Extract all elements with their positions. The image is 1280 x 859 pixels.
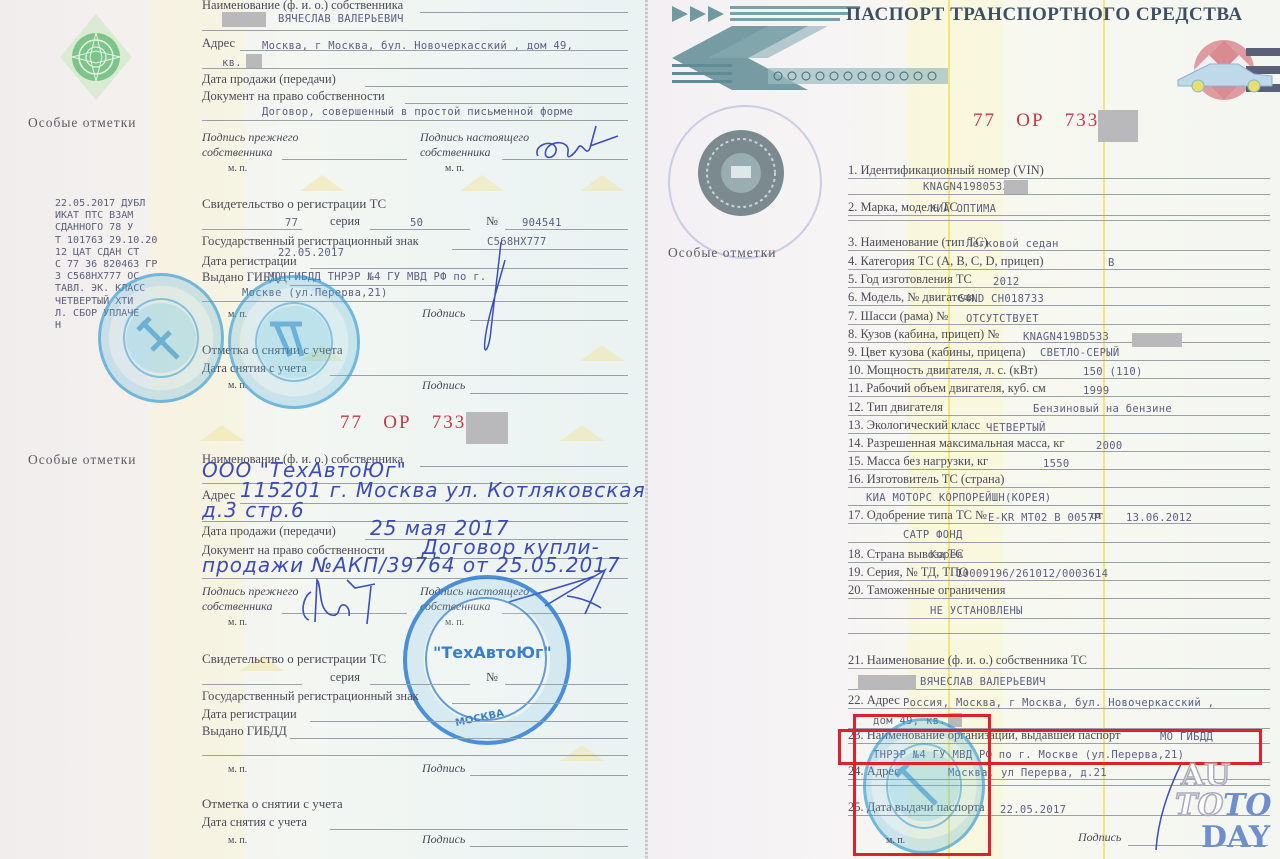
signature-label: Подпись — [422, 832, 465, 847]
current-owner-signature — [530, 118, 620, 173]
field-line — [365, 86, 628, 87]
field-extra-value: 13.06.2012 — [1126, 512, 1192, 524]
sale-date-label-2: Дата продажи (передачи) — [202, 524, 336, 539]
field-line — [202, 30, 628, 31]
field-value: 22.05.2017 — [1000, 804, 1066, 816]
field-line — [240, 50, 628, 51]
field-label: 1. Идентификационный номер (VIN) — [848, 163, 1044, 178]
field-value: НЕ УСТАНОВЛЕНЫ — [930, 605, 1023, 617]
passport-serial: 77 ОР 733 — [973, 110, 1099, 132]
field-value: Корея — [930, 549, 963, 561]
stamp-company-name: "ТехАвтоЮг" — [433, 643, 552, 662]
series-label-2: серия — [330, 670, 360, 685]
reg-cert-number: 904541 — [522, 217, 562, 229]
field-value: KNAGN419BD533 — [1023, 331, 1109, 343]
series-label: серия — [330, 214, 360, 229]
field-label: 12. Тип двигателя — [848, 400, 943, 415]
field-label: 7. Шасси (рама) № — [848, 309, 948, 324]
field-label: 19. Серия, № ТД, ТПО — [848, 565, 968, 580]
field-value: 2012 — [993, 276, 1020, 288]
reg-cert-label-2: Свидетельство о регистрации ТС — [202, 651, 386, 667]
signature-line — [470, 775, 628, 776]
redacted-vin — [1004, 180, 1028, 194]
field-line — [848, 396, 1270, 397]
field-label: 22. Адрес — [848, 693, 900, 708]
field-line — [848, 178, 1270, 179]
special-marks-label: Особые отметки — [668, 245, 777, 261]
redacted-surname — [858, 675, 916, 690]
field-line — [848, 250, 1270, 251]
special-marks-label-2: Особые отметки — [28, 452, 137, 468]
field-value: Бензиновый на бензине — [1033, 403, 1172, 415]
cur-owner-sig-label-2: собственника — [420, 145, 491, 160]
field-label: 16. Изготовитель ТС (страна) — [848, 472, 1004, 487]
plate-label-2: Государственный регистрационный знак — [202, 689, 419, 704]
redacted-serial — [466, 412, 508, 444]
field-line — [330, 375, 628, 376]
issued-label-2: Выдано ГИБДД — [202, 724, 287, 739]
special-marks-label: Особые отметки — [28, 115, 137, 131]
seal-label: м. п. — [228, 617, 247, 628]
registrar-signature — [475, 240, 515, 360]
sale-date-label: Дата продажи (передачи) — [202, 72, 336, 87]
seal-label: м. п. — [445, 163, 464, 174]
field-value: 150 (110) — [1083, 366, 1143, 378]
passport-serial: 77 ОР 733 — [340, 412, 466, 434]
field-value: G4ND CH018733 — [958, 293, 1044, 305]
field-line — [848, 633, 1270, 634]
field-value: E-KR MT02 B 0057P — [988, 512, 1101, 524]
field-value: ЧЕТВЕРТЫЙ — [986, 422, 1046, 434]
field-line — [848, 360, 1270, 361]
prev-owner-sig-label: Подпись прежнего — [202, 584, 299, 599]
signature-line — [470, 393, 628, 394]
field-line — [420, 12, 628, 13]
serial-series: ОР — [383, 412, 411, 433]
field-label: 4. Категория ТС (A, B, C, D, прицеп) — [848, 254, 1044, 269]
left-page: Особые отметки 22.05.2017 ДУБЛ ИКАТ ПТС … — [0, 0, 648, 859]
signature-label: Подпись — [422, 761, 465, 776]
redacted-apartment — [246, 54, 262, 69]
rosette-emblem-icon — [58, 12, 134, 102]
signature-line — [282, 159, 407, 160]
field-line — [505, 229, 628, 230]
address-label: Адрес — [202, 36, 235, 51]
field-label: 15. Масса без нагрузки, кг — [848, 454, 988, 469]
field-value: КИА МОТОРС КОРПОРЕЙШН(КОРЕЯ) — [866, 492, 1051, 504]
field-line — [370, 684, 470, 685]
field-line — [505, 684, 628, 685]
serial-number: 733 — [432, 412, 467, 433]
watermark-chevron — [560, 745, 604, 761]
field-label: 9. Цвет кузова (кабины, прицепа) — [848, 345, 1025, 360]
company-stamp: "ТехАвтоЮг" МОСКВА — [403, 575, 571, 745]
field-label: 5. Год изготовления ТС — [848, 272, 972, 287]
field-value: 10009196/261012/0003614 — [956, 568, 1108, 580]
field-line — [202, 684, 302, 685]
field-line — [202, 68, 628, 69]
field-line — [290, 285, 628, 286]
reg-cert-label: Свидетельство о регистрации ТС — [202, 196, 386, 212]
field-line — [848, 487, 1270, 488]
field-line — [370, 229, 470, 230]
field-label: 6. Модель, № двигателя — [848, 290, 975, 305]
seal-label: м. п. — [228, 835, 247, 846]
field-label: 14. Разрешенная максимальная масса, кг — [848, 436, 1065, 451]
field-line — [330, 829, 628, 830]
prev-owner-sig-label-2: собственника — [202, 145, 273, 160]
field-line — [848, 269, 1270, 270]
redacted-body-number — [1132, 333, 1182, 347]
redacted-serial — [1098, 110, 1138, 142]
field-line — [848, 378, 1270, 379]
ownership-doc-label: Документ на право собственности — [202, 89, 385, 104]
number-label: № — [486, 214, 498, 229]
field-label: 11. Рабочий объем двигателя, куб. см — [848, 381, 1046, 396]
field-value: 1550 — [1043, 458, 1070, 470]
field-value: КИА ОПТИМА — [930, 203, 996, 215]
field-label: 20. Таможенные ограничения — [848, 583, 1005, 598]
serial-series: ОР — [1016, 110, 1044, 131]
watermark-line2b: TO — [1223, 788, 1271, 823]
signature-label: Подпись — [1078, 830, 1121, 845]
reg-date-label-2: Дата регистрации — [202, 707, 297, 722]
field-value: ВЯЧЕСЛАВ ВАЛЕРЬЕВИЧ — [920, 676, 1046, 688]
field-label: 17. Одобрение типа ТС № — [848, 508, 987, 523]
redacted-surname — [222, 12, 266, 27]
field-line — [848, 618, 1270, 619]
document-title: ПАСПОРТ ТРАНСПОРТНОГО СРЕДСТВА — [846, 4, 1243, 26]
field-line — [848, 598, 1270, 599]
field-line — [202, 755, 628, 756]
owner-value: ВЯЧЕСЛАВ ВАЛЕРЬЕВИЧ — [278, 13, 404, 25]
field-line — [848, 415, 1270, 416]
field-value: ОТСУТСТВУЕТ — [966, 313, 1039, 325]
field-line — [405, 103, 628, 104]
field-label: 10. Мощность двигателя, л. с. (кВт) — [848, 363, 1038, 378]
field-line — [848, 215, 1270, 216]
hammer-icon — [262, 310, 322, 370]
field-line — [848, 562, 1270, 563]
field-line — [310, 721, 628, 722]
field-line — [848, 220, 1270, 221]
field-line — [848, 451, 1270, 452]
field-line — [848, 194, 1270, 195]
watermark-chevron — [580, 175, 624, 191]
signature-label: Подпись — [422, 306, 465, 321]
ownership-doc-value: Договор, совершенный в простой письменно… — [262, 106, 573, 118]
car-logo-icon — [1176, 38, 1280, 102]
field-label: 21. Наименование (ф. и. о.) собственника… — [848, 653, 1087, 668]
signature-line — [470, 846, 628, 847]
reg-cert-region: 77 — [285, 217, 298, 229]
field-value: 2000 — [1096, 440, 1123, 452]
prev-owner-sig-label-2: собственника — [202, 599, 273, 614]
serial-number: 733 — [1065, 110, 1100, 131]
field-line — [290, 738, 628, 739]
number-label-2: № — [486, 670, 498, 685]
watermark-line2a: TO — [1175, 788, 1223, 823]
field-line — [848, 305, 1270, 306]
field-line — [848, 433, 1270, 434]
field-line — [848, 287, 1270, 288]
seal-label: м. п. — [228, 163, 247, 174]
field-value-2: САТР ФОНД — [903, 529, 963, 541]
address-line2-2: д.3 стр.6 — [202, 498, 305, 522]
watermark-line3: DAY — [1201, 820, 1270, 855]
hammer-icon — [130, 310, 190, 370]
cur-owner-sig-label: Подпись настоящего — [420, 130, 529, 145]
watermark-chevron — [460, 175, 504, 191]
field-line — [202, 229, 302, 230]
watermark-chevron — [200, 425, 244, 441]
signature-label: Подпись — [422, 378, 465, 393]
field-line — [848, 542, 1270, 543]
field-value: Легковой седан — [966, 238, 1059, 250]
field-value: СВЕТЛО-СЕРЫЙ — [1040, 347, 1119, 359]
autotoday-watermark: AU TO TO DAY — [1175, 758, 1280, 858]
field-label: 8. Кузов (кабина, прицеп) № — [848, 327, 999, 342]
reg-cert-series: 50 — [410, 217, 423, 229]
field-line — [848, 505, 1270, 506]
serial-region: 77 — [973, 110, 996, 131]
field-value: KNAGN41980533 — [923, 181, 1009, 193]
field-line — [452, 703, 628, 704]
prev-owner-sig-label: Подпись прежнего — [202, 130, 299, 145]
previous-owner-signature — [295, 572, 380, 627]
reg-date-label: Дата регистрации — [202, 254, 297, 269]
watermark-chevron — [560, 425, 604, 441]
field-value: 1999 — [1083, 385, 1110, 397]
field-value: B — [1108, 257, 1115, 269]
field-extra-label: от — [1091, 508, 1103, 523]
field-line — [848, 324, 1270, 325]
dereg-title-2: Отметка о снятии с учета — [202, 796, 343, 812]
dereg-date-label-2: Дата снятия с учета — [202, 815, 307, 830]
field-line — [848, 580, 1270, 581]
field-line — [310, 268, 628, 269]
watermark-chevron — [580, 345, 624, 361]
field-line — [848, 668, 1270, 669]
seal-label: м. п. — [228, 764, 247, 775]
serial-region: 77 — [340, 412, 363, 433]
field-value: Россия, Москва, г Москва, бул. Новочерка… — [903, 697, 1214, 709]
field-line — [420, 466, 628, 467]
right-page: ПАСПОРТ ТРАНСПОРТНОГО СРЕДСТВА 77 ОР 733… — [648, 0, 1280, 859]
watermark-chevron — [300, 175, 344, 191]
hologram-emblem-icon — [696, 128, 786, 218]
field-label: 13. Экологический класс — [848, 418, 980, 433]
